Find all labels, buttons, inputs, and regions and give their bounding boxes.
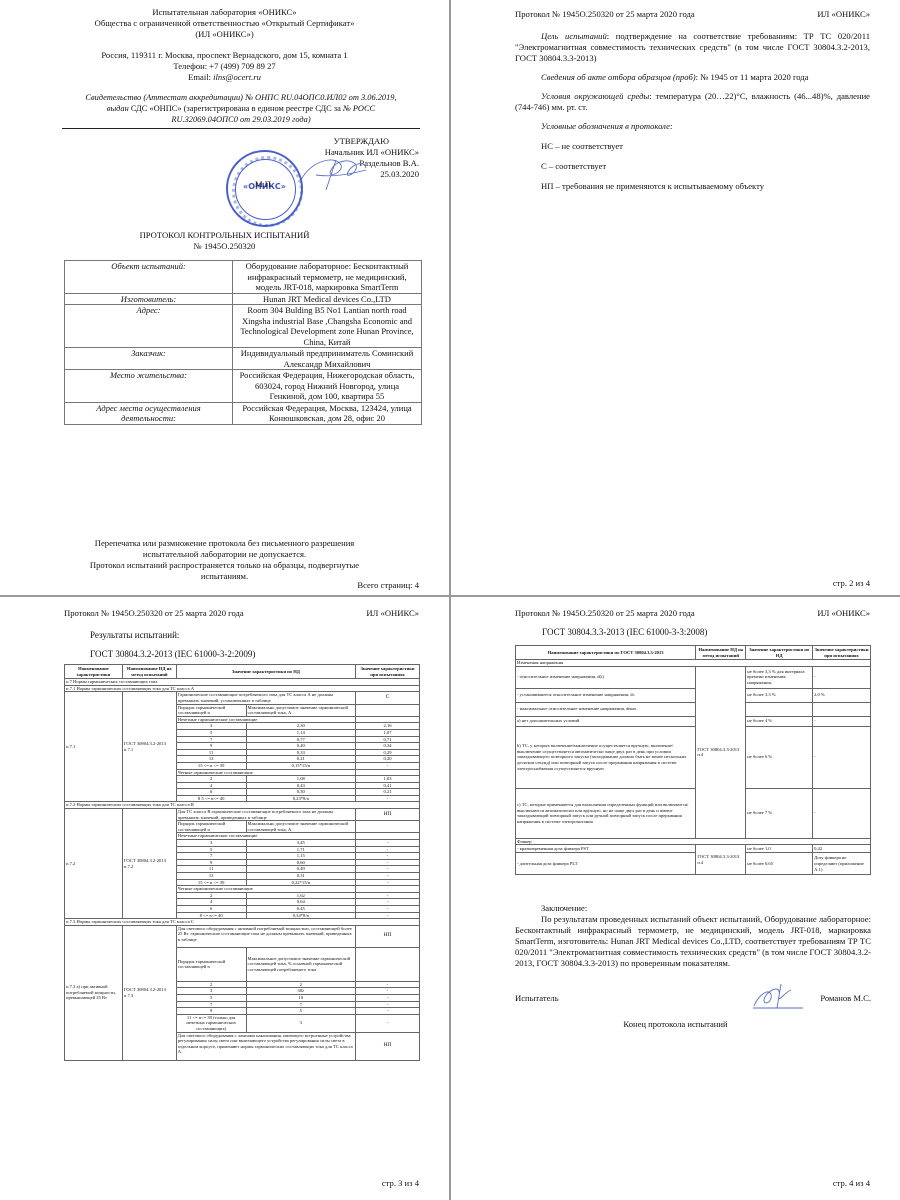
characteristic-name: - относительное изменение напряжения, d(…: [516, 666, 696, 688]
table-row: b) ТС, у которых включение/выключение ос…: [516, 726, 871, 788]
harmonic-cell: 8 5 <= n<= 40: [176, 795, 246, 802]
harmonic-cell: 0,15*15/n: [246, 762, 356, 769]
table-row: п.7.3 а) при активной потребляемой мощно…: [65, 925, 420, 947]
norm-value: не более 3,3 % для интервала времени изм…: [746, 666, 813, 688]
organization-header: Испытательная лаборатория «ОНИКС» Общест…: [0, 7, 449, 40]
harmonic-cell: 0,45: [246, 905, 356, 912]
page-number: стр. 3 из 4: [382, 1178, 419, 1188]
harmonic-cell: 1,07: [356, 729, 420, 736]
harmonic-cell: 30λ: [246, 988, 356, 995]
col-header: Значение характеристики при испытаниях: [356, 665, 420, 679]
characteristic-name: п.7.2: [65, 809, 123, 919]
harmonic-cell: 2: [176, 776, 246, 783]
harmonic-cell: 3: [176, 988, 246, 995]
result-value: Дозу фликера не определяют (приложение А…: [813, 853, 871, 875]
table-row: п.7.2 ГОСТ 30804.3.2-2013 п.7.2 Для ТС к…: [65, 809, 420, 821]
info-row: Объект испытаний:Оборудование лабораторн…: [65, 261, 422, 294]
method-name: ГОСТ 30804.3.2-2013 п.7.1: [122, 692, 176, 802]
harmonic-cell: 7: [176, 853, 246, 860]
purpose-paragraph: Цель испытаний: подтверждение на соответ…: [515, 31, 870, 64]
table-row: с) ТС, которые применяются для выполнени…: [516, 788, 871, 838]
page-header: Протокол № 1945О.250320 от 25 марта 2020…: [515, 9, 870, 19]
harmonic-cell: 1,03: [356, 776, 420, 783]
page-header: Протокол № 1945О.250320 от 25 марта 2020…: [64, 608, 419, 618]
results-heading: Результаты испытаний:: [90, 630, 179, 640]
cert-line: RU.32069.04ОПС0 от 29.03.2019 года): [62, 114, 420, 125]
protocol-end: Конец протокола испытаний: [451, 1019, 900, 1029]
harmonic-cell: 1,71: [246, 846, 356, 853]
harmonic-cell: 15 <= n <= 39: [176, 762, 246, 769]
info-row: Заказчик:Индивидуальный предприниматель …: [65, 348, 422, 370]
info-value: Оборудование лабораторное: Бесконтактный…: [233, 261, 422, 294]
harmonic-cell: 0,30: [246, 789, 356, 796]
harmonic-cell: 0,21: [246, 756, 356, 763]
group-label: Нечетные гармонические составляющие: [176, 716, 355, 723]
harmonic-cell: -: [356, 859, 420, 866]
info-value: Room 304 Bulding B5 No1 Lantian north ro…: [233, 305, 422, 348]
harmonic-cell: -: [356, 866, 420, 873]
email-link[interactable]: ilns@ocert.ru: [213, 72, 261, 82]
harmonic-cell: 0,40: [246, 743, 356, 750]
harmonic-cell: 4: [176, 899, 246, 906]
harmonic-cell: 11 <= n<= 39 (только для нечетных гармон…: [176, 1014, 246, 1032]
cert-part: СДС «ОНПС» (зарегистрирована в едином ре…: [131, 104, 343, 113]
page-3: Протокол № 1945О.250320 от 25 марта 2020…: [0, 597, 449, 1200]
result-value: НП: [356, 925, 420, 947]
org-line: (ИЛ «ОНИКС»): [0, 29, 449, 40]
section-row: п.7 Нормы гармонических составляющих ток…: [65, 679, 420, 686]
legend-item: НС – не соответствует: [515, 141, 870, 152]
requirement-text: Гармонические составляющие потребляемого…: [176, 692, 355, 704]
cert-line: Свидетельство (Аттестат аккредитации) № …: [62, 92, 420, 103]
page-2: Протокол № 1945О.250320 от 25 марта 2020…: [451, 0, 900, 595]
purpose-label: Цель испытаний: [541, 31, 607, 41]
harmonic-cell: 2,16: [356, 723, 420, 730]
email-label: Email:: [188, 72, 213, 82]
empty-cell: [356, 947, 420, 981]
result-value: -: [813, 666, 871, 688]
section-title: п.7.2 Нормы гармонических составляющих т…: [65, 802, 420, 809]
harmonic-cell: 7: [176, 1001, 246, 1008]
tester-label: Испытатель: [515, 993, 559, 1003]
table-row: - установившееся относительное изменение…: [516, 688, 871, 702]
result-value: -: [813, 726, 871, 788]
table-header-row: Наименование характеристики по ГОСТ 3080…: [516, 646, 871, 660]
harmonic-cell: 9: [176, 1008, 246, 1015]
harmonic-cell: 0,60: [246, 859, 356, 866]
organization-address: Россия, 119311 г. Москва, проспект Верна…: [0, 50, 449, 83]
test-conditions: Цель испытаний: подтверждение на соответ…: [515, 31, 870, 201]
norm-value: [746, 702, 813, 716]
method-name: ГОСТ 30804.3.2-2013 п.7.3: [122, 925, 176, 1060]
page-header: Протокол № 1945О.250320 от 25 марта 2020…: [515, 608, 870, 618]
conclusion-label: Заключение:: [515, 903, 871, 914]
title-text: ПРОТОКОЛ КОНТРОЛЬНЫХ ИСПЫТАНИЙ: [0, 230, 449, 241]
harmonic-cell: 0,21: [356, 789, 420, 796]
protocol-number: № 1945О.250320: [0, 241, 449, 252]
info-value: Российская Федерация, Нижегородская обла…: [233, 370, 422, 403]
header-lab: ИЛ «ОНИКС»: [817, 608, 870, 618]
info-key: Место жительства:: [65, 370, 233, 403]
harmonic-cell: -: [356, 892, 420, 899]
harmonic-cell: 1,15: [246, 853, 356, 860]
cert-part: № РОСС: [343, 104, 375, 113]
harmonic-cell: 13: [176, 873, 246, 880]
info-value: Индивидуальный предприниматель Соминский…: [233, 348, 422, 370]
notice-line: испытательной лаборатории не допускается…: [0, 549, 449, 560]
info-key: Заказчик:: [65, 348, 233, 370]
harmonic-cell: 2: [176, 892, 246, 899]
harmonic-cell: 2: [176, 981, 246, 988]
empty-cell: [356, 716, 420, 723]
harmonic-cell: 10: [246, 994, 356, 1001]
harmonic-cell: 0,29: [356, 749, 420, 756]
group-label: Изменения напряжения: [516, 660, 871, 667]
characteristic-name: b) ТС, у которых включение/выключение ос…: [516, 726, 696, 788]
header-protocol: Протокол № 1945О.250320 от 25 марта 2020…: [64, 608, 244, 618]
harmonic-cell: 4: [176, 782, 246, 789]
characteristic-name: п.7.3 а) при активной потребляемой мощно…: [65, 925, 123, 1060]
result-value: НП: [356, 1032, 420, 1060]
harmonic-cell: 5: [176, 729, 246, 736]
cert-part: выдан: [107, 104, 131, 113]
col-header: Наименование характеристики по ГОСТ 3080…: [516, 646, 696, 660]
phone-line: Телефон: +7 (499) 709 89 27: [0, 61, 449, 72]
info-key: Адрес места осуществления деятельности:: [65, 402, 233, 424]
info-row: Изготовитель:Hunan JRT Medical devices C…: [65, 293, 422, 305]
section-row: п.7.3 Нормы гармонических составляющих т…: [65, 919, 420, 926]
characteristic-name: - длительная доза фликера PLT: [516, 853, 696, 875]
method-name: ГОСТ 30804.3.2-2013 п.7.2: [122, 809, 176, 919]
section-row: п.7.2 Нормы гармонических составляющих т…: [65, 802, 420, 809]
protocol-title: ПРОТОКОЛ КОНТРОЛЬНЫХ ИСПЫТАНИЙ № 1945О.2…: [0, 230, 449, 252]
harmonic-cell: 13: [176, 756, 246, 763]
harmonic-cell: 0,34: [356, 743, 420, 750]
result-value: -: [813, 716, 871, 726]
harmonic-cell: 0,22*15/n: [246, 879, 356, 886]
environment-label: Условия окружающей среды: [541, 91, 649, 101]
characteristic-name: п.7.1: [65, 692, 123, 802]
harmonic-cell: 0,41: [356, 782, 420, 789]
header-protocol: Протокол № 1945О.250320 от 25 марта 2020…: [515, 9, 695, 19]
norm-value: не более 0,65: [746, 853, 813, 875]
harmonic-cell: -: [356, 853, 420, 860]
empty-cell: [356, 886, 420, 893]
info-row: Адрес:Room 304 Bulding B5 No1 Lantian no…: [65, 305, 422, 348]
info-row: Адрес места осуществления деятельности:Р…: [65, 402, 422, 424]
harmonic-cell: 2,30: [246, 723, 356, 730]
max-label: Максимальное допустимое значение гармони…: [246, 947, 356, 981]
harmonic-cell: 0,33: [246, 749, 356, 756]
harmonic-cell: 1,08: [246, 776, 356, 783]
notice-line: Перепечатка или размножение протокола бе…: [0, 538, 449, 549]
info-key: Адрес:: [65, 305, 233, 348]
table-row: - максимальное относительное изменение н…: [516, 702, 871, 716]
harmonic-cell: -: [356, 873, 420, 880]
table-header-row: Наименование характеристики Наименование…: [65, 665, 420, 679]
col-header: Наименование НД на метод испытаний: [122, 665, 176, 679]
section-row: п.7.1 Нормы гармонических составляющих т…: [65, 685, 420, 692]
harmonic-cell: 9: [176, 859, 246, 866]
requirement-text: Для светового оборудования с лампами нак…: [176, 1032, 355, 1060]
empty-cell: [356, 704, 420, 716]
harmonic-cell: 0,31: [246, 873, 356, 880]
result-value: 0,42: [813, 845, 871, 853]
group-label: Нечетные гармонические составляющие: [176, 833, 355, 840]
harmonic-cell: 5: [176, 994, 246, 1001]
empty-cell: [356, 821, 420, 833]
header-protocol: Протокол № 1945О.250320 от 25 марта 2020…: [515, 608, 695, 618]
harmonic-cell: 8 <= n<= 40: [176, 912, 246, 919]
page-number: стр. 2 из 4: [833, 578, 870, 588]
harmonic-cell: 3: [176, 840, 246, 847]
approve-heading: УТВЕРЖДАЮ: [219, 136, 419, 147]
harmonic-cell: -: [356, 994, 420, 1001]
table-row: - кратковременная доза фликера PSTГОСТ 3…: [516, 845, 871, 853]
info-key: Изготовитель:: [65, 293, 233, 305]
harmonic-cell: 3: [176, 723, 246, 730]
info-key: Объект испытаний:: [65, 261, 233, 294]
harmonic-cell: 11: [176, 749, 246, 756]
col-header: Наименование характеристики: [65, 665, 123, 679]
harmonic-cell: 6: [176, 789, 246, 796]
harmonic-cell: 0,71: [356, 736, 420, 743]
order-label: Порядок гармонической составляющей n: [176, 947, 246, 981]
group-label: Четные гармонические составляющие: [176, 769, 355, 776]
legend-heading: Условные обозначения в протоколе:: [515, 121, 870, 132]
characteristic-name: с) ТС, которые применяются для выполнени…: [516, 788, 696, 838]
section-title: п.7.3 Нормы гармонических составляющих т…: [65, 919, 420, 926]
table-row: а) нет дополнительных условийне более 4 …: [516, 716, 871, 726]
seal-place-label: М.П.: [255, 179, 273, 189]
characteristic-name: - кратковременная доза фликера PST: [516, 845, 696, 853]
method-name: ГОСТ 30804.3.3-2013 п.4: [696, 845, 746, 875]
header-lab: ИЛ «ОНИКС»: [366, 608, 419, 618]
total-pages: Всего страниц: 4: [357, 580, 419, 590]
table-row: - длительная доза фликера PLTне более 0,…: [516, 853, 871, 875]
notice-line: Протокол испытаний распространяется толь…: [0, 560, 449, 571]
norm-value: не более 1,0: [746, 845, 813, 853]
page-1: Испытательная лаборатория «ОНИКС» Общест…: [0, 0, 449, 595]
section-title: п.7 Нормы гармонических составляющих ток…: [65, 679, 420, 686]
harmonic-cell: -: [356, 846, 420, 853]
result-value: -: [813, 788, 871, 838]
harmonic-cell: 5: [246, 1008, 356, 1015]
accreditation-certificate: Свидетельство (Аттестат аккредитации) № …: [62, 92, 420, 129]
norm-value: не более 6 %: [746, 726, 813, 788]
test-object-info-table: Объект испытаний:Оборудование лабораторн…: [64, 260, 422, 425]
harmonic-cell: -: [356, 879, 420, 886]
col-header: Наименование НД на метод испытаний: [696, 646, 746, 660]
signature-icon: [296, 150, 371, 195]
environment-paragraph: Условия окружающей среды: температура (2…: [515, 91, 870, 113]
harmonic-cell: -: [356, 1014, 420, 1032]
harmonic-cell: 3: [246, 1014, 356, 1032]
info-value: Hunan JRT Medical devices Co.,LTD: [233, 293, 422, 305]
harmonic-cell: 0,49: [246, 866, 356, 873]
sample-text: : № 1945 от 11 марта 2020 года: [696, 72, 809, 82]
harmonic-cell: -: [356, 912, 420, 919]
sample-label: Сведения об акте отбора образцов (проб): [541, 72, 696, 82]
sample-paragraph: Сведения об акте отбора образцов (проб):…: [515, 72, 870, 83]
reproduction-notice: Перепечатка или размножение протокола бе…: [0, 538, 449, 582]
result-value: [813, 702, 871, 716]
harmonic-cell: 0,34*8/n: [246, 912, 356, 919]
col-header: Значение характеристики по НД: [746, 646, 813, 660]
page-number: стр. 4 из 4: [833, 1178, 870, 1188]
cert-line: выдан СДС «ОНПС» (зарегистрирована в еди…: [62, 103, 420, 114]
harmonic-cell: -: [356, 905, 420, 912]
harmonic-cell: 7: [176, 736, 246, 743]
harmonic-cell: 1,62: [246, 892, 356, 899]
org-line: Испытательная лаборатория «ОНИКС»: [0, 7, 449, 18]
order-label: Порядок гармонической составляющей n: [176, 704, 246, 716]
conclusion: Заключение: По результатам проведенных и…: [515, 903, 871, 969]
requirement-text: Для светового оборудования с активной по…: [176, 925, 355, 947]
email-line: Email: ilns@ocert.ru: [0, 72, 449, 83]
norm-value: не более 7 %: [746, 788, 813, 838]
harmonic-cell: 0,43: [246, 782, 356, 789]
order-label: Порядок гармонической составляющей n: [176, 821, 246, 833]
norm-value: не более 3,3 %: [746, 688, 813, 702]
requirement-text: Для ТС класса В гармонические составляющ…: [176, 809, 355, 821]
characteristic-name: а) нет дополнительных условий: [516, 716, 696, 726]
info-row: Место жительства:Российская Федерация, Н…: [65, 370, 422, 403]
characteristic-name: - максимальное относительное изменение н…: [516, 702, 696, 716]
harmonics-results-table: Наименование характеристики Наименование…: [64, 664, 420, 1061]
empty-cell: [356, 769, 420, 776]
page-4: Протокол № 1945О.250320 от 25 марта 2020…: [451, 597, 900, 1200]
norm-value: не более 4 %: [746, 716, 813, 726]
harmonic-cell: 0,77: [246, 736, 356, 743]
harmonic-cell: 2: [246, 981, 356, 988]
max-label: Максимально допустимое значение гармонич…: [246, 821, 356, 833]
legend-item: С – соответствует: [515, 161, 870, 172]
max-label: Максимально допустимое значение гармонич…: [246, 704, 356, 716]
result-value: С: [356, 692, 420, 704]
harmonic-cell: -: [356, 1008, 420, 1015]
tester-signature-line: Испытатель Романов М.С.: [515, 993, 871, 1003]
result-value: 2,0 %: [813, 688, 871, 702]
characteristic-name: - установившееся относительное изменение…: [516, 688, 696, 702]
info-value: Российская Федерация, Москва, 123424, ул…: [233, 402, 422, 424]
group-row: Фликер: [516, 838, 871, 845]
harmonic-cell: 0,23*8/n: [246, 795, 356, 802]
header-lab: ИЛ «ОНИКС»: [817, 9, 870, 19]
col-header: Значение характеристики при испытаниях: [813, 646, 871, 660]
harmonic-cell: 15 <= n <= 39: [176, 879, 246, 886]
harmonic-cell: 5: [176, 846, 246, 853]
address-line: Россия, 119311 г. Москва, проспект Верна…: [0, 50, 449, 61]
group-label: Фликер: [516, 838, 871, 845]
section-title: п.7.1 Нормы гармонических составляющих т…: [65, 685, 420, 692]
org-line: Общества с ограниченной ответственностью…: [0, 18, 449, 29]
tester-name: Романов М.С.: [820, 993, 871, 1003]
harmonic-cell: -: [356, 981, 420, 988]
method-name: ГОСТ 30804.3.3-2013 п.4: [696, 666, 746, 838]
harmonic-cell: 9: [176, 743, 246, 750]
harmonic-cell: 6: [176, 905, 246, 912]
harmonic-cell: -: [356, 762, 420, 769]
empty-cell: [356, 833, 420, 840]
flicker-results-table: Наименование характеристики по ГОСТ 3080…: [515, 645, 871, 875]
harmonic-cell: 0,20: [356, 756, 420, 763]
col-header: Значение характеристики по НД: [176, 665, 355, 679]
harmonic-cell: 7: [246, 1001, 356, 1008]
table-row: п.7.1 ГОСТ 30804.3.2-2013 п.7.1 Гармонич…: [65, 692, 420, 704]
legend-item: НП – требования не применяются к испытыв…: [515, 181, 870, 192]
harmonic-cell: 1,14: [246, 729, 356, 736]
harmonic-cell: -: [356, 1001, 420, 1008]
group-row: Изменения напряжения: [516, 660, 871, 667]
group-label: Четные гармонические составляющие: [176, 886, 355, 893]
legend-label: Условные обозначения в протоколе: [541, 121, 670, 131]
harmonic-cell: 0,64: [246, 899, 356, 906]
conclusion-text: По результатам проведенных испытаний объ…: [515, 914, 871, 969]
harmonic-cell: -: [356, 795, 420, 802]
harmonic-cell: -: [356, 899, 420, 906]
standard-heading: ГОСТ 30804.3.2-2013 (IEC 61000-3-2:2009): [90, 649, 255, 659]
harmonic-cell: 11: [176, 866, 246, 873]
harmonic-cell: 3,45: [246, 840, 356, 847]
table-row: - относительное изменение напряжения, d(…: [516, 666, 871, 688]
harmonic-cell: -: [356, 840, 420, 847]
result-value: НП: [356, 809, 420, 821]
standard-heading: ГОСТ 30804.3.3-2013 (IEC 61000-3-3:2008): [542, 627, 707, 637]
harmonic-cell: -: [356, 988, 420, 995]
